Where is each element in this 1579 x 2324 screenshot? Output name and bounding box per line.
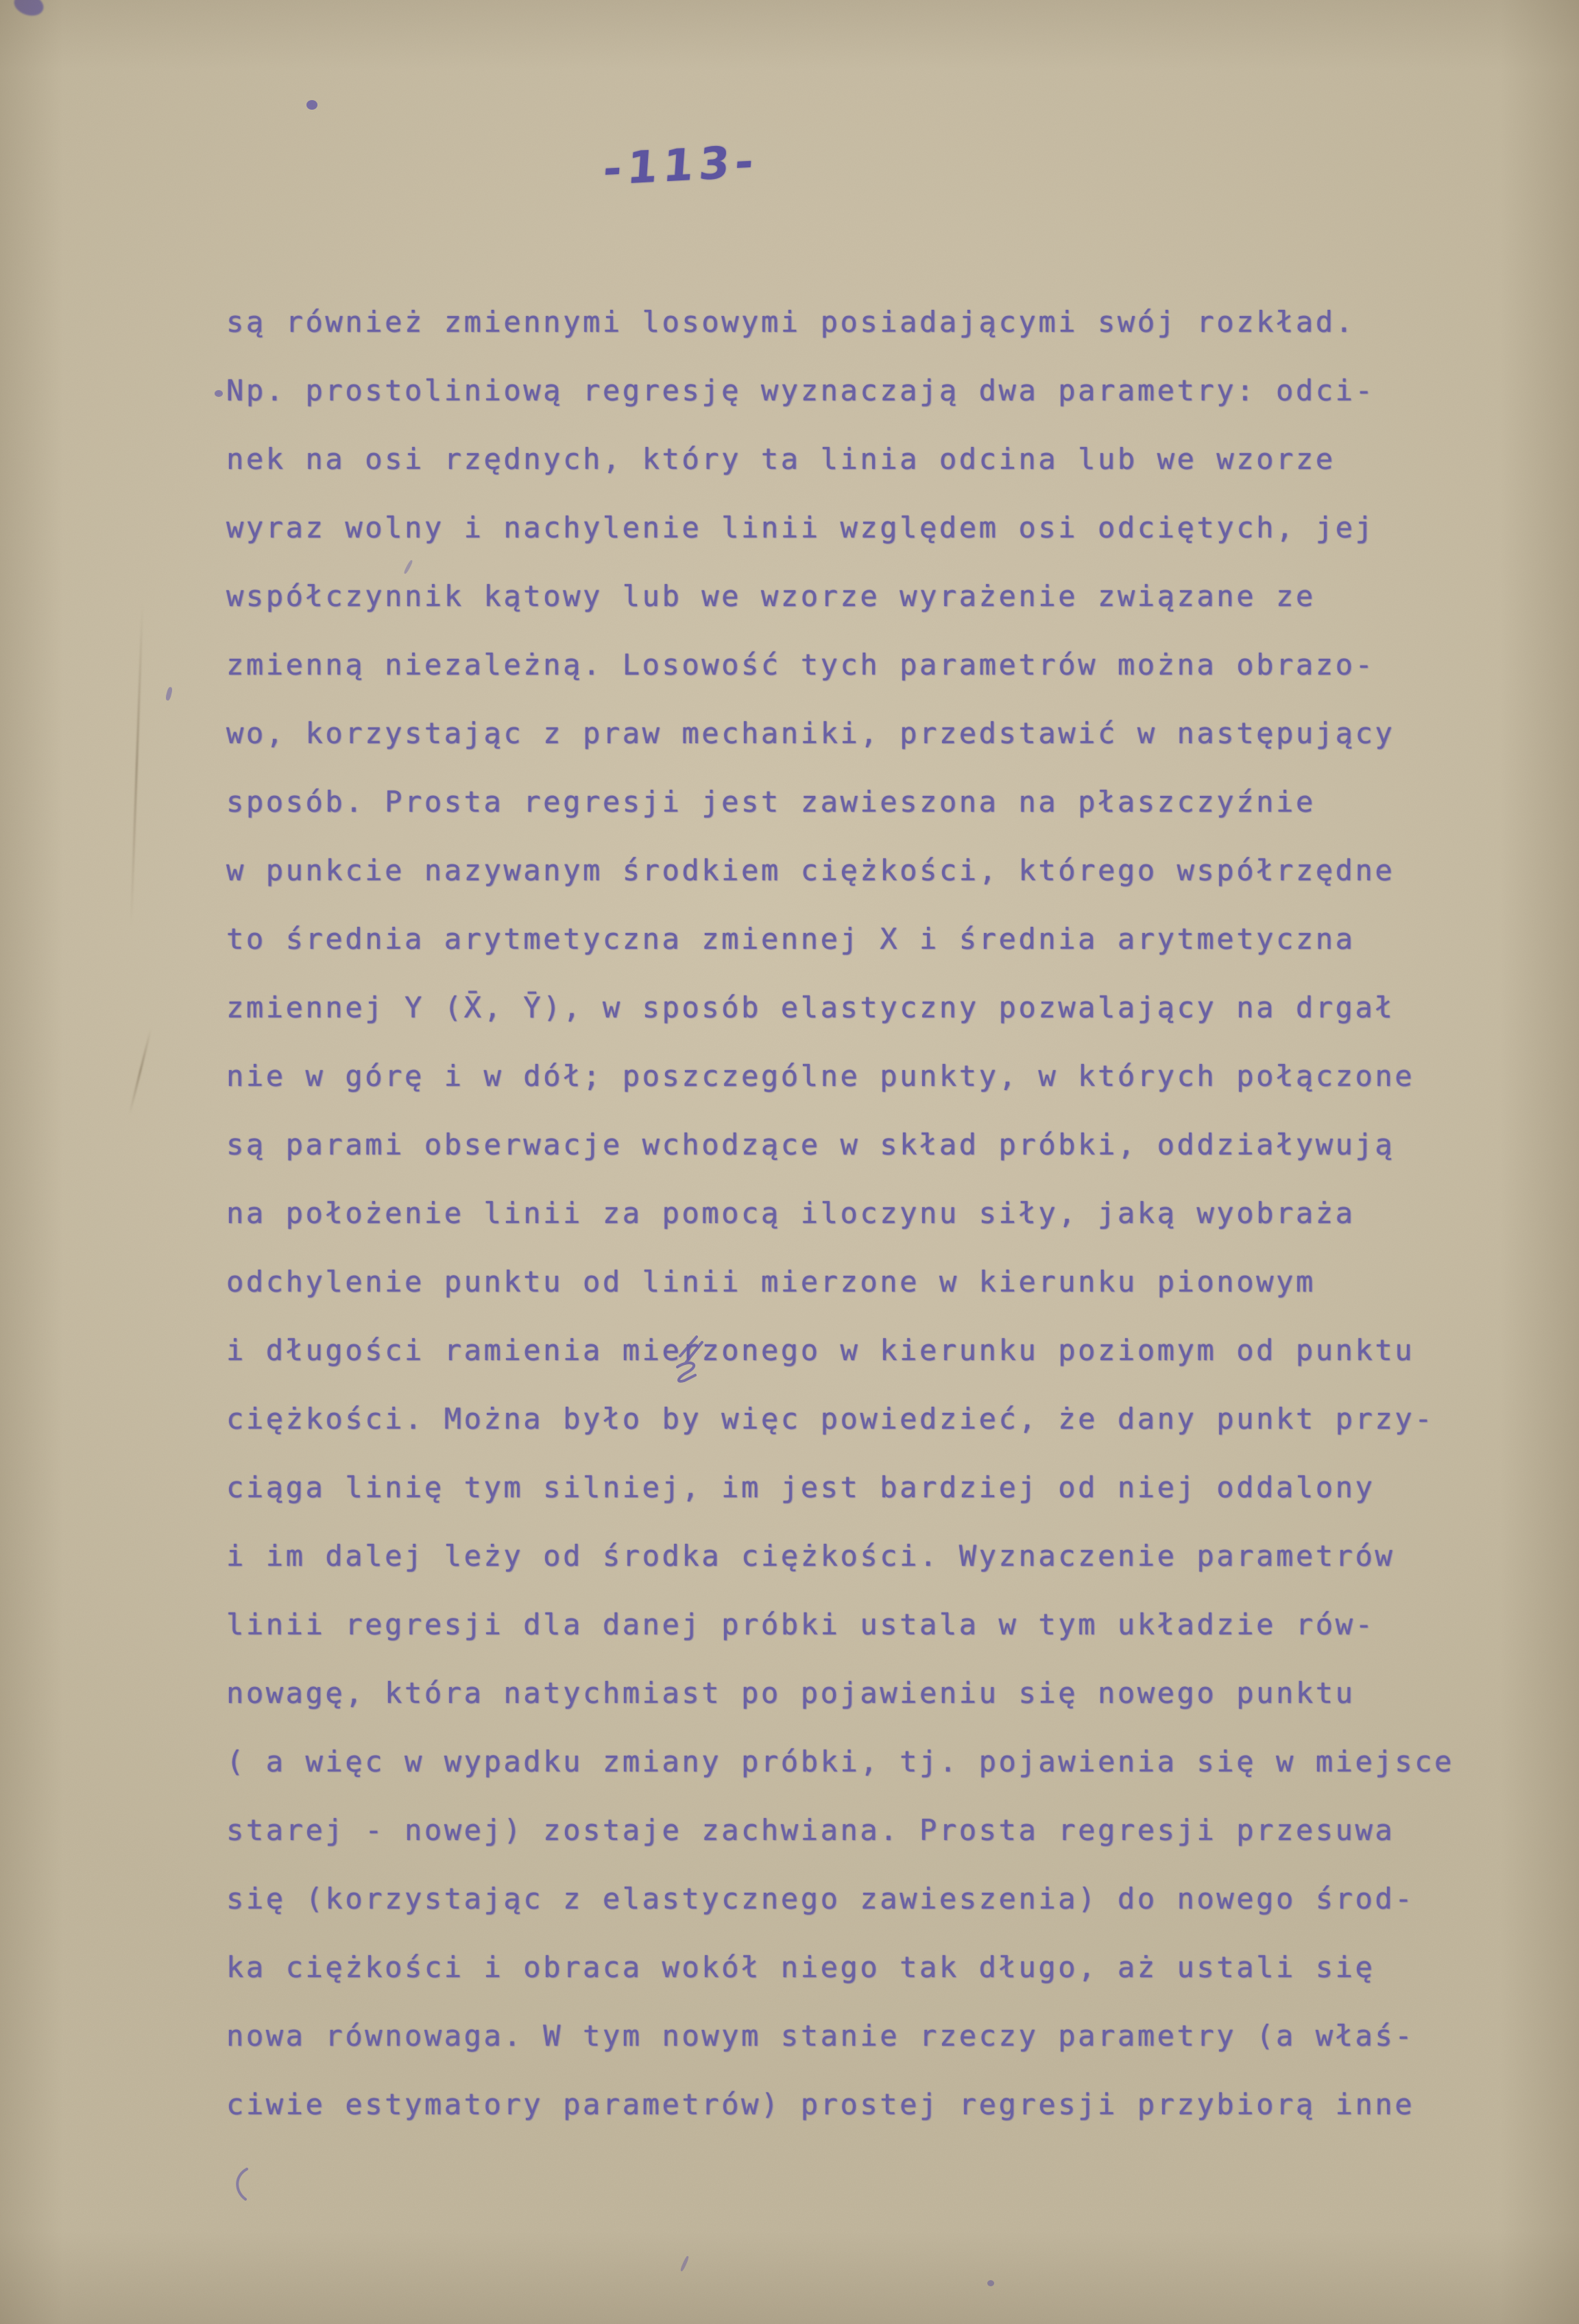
text-line: ( a więc w wypadku zmiany próbki, tj. po…	[226, 1728, 1467, 1796]
text-line: są parami obserwacje wchodzące w skład p…	[226, 1111, 1467, 1179]
text-line: nowa równowaga. W tym nowym stanie rzecz…	[226, 2002, 1467, 2070]
ink-speck	[11, 0, 46, 19]
text-line: ciwie estymatory parametrów) prostej reg…	[226, 2070, 1467, 2139]
text-line: się (korzystając z elastycznego zawiesze…	[226, 1865, 1467, 1933]
text-line: współczynnik kątowy lub we wzorze wyraże…	[226, 562, 1467, 631]
text-line: nie w górę i w dół; poszczególne punkty,…	[226, 1042, 1467, 1111]
handwritten-correction-mark	[666, 1331, 714, 1400]
page-number: -113-	[602, 136, 761, 195]
text-line: są również zmiennymi losowymi posiadając…	[226, 288, 1467, 356]
text-line: sposób. Prosta regresji jest zawieszona …	[226, 768, 1467, 836]
text-line: nek na osi rzędnych, który ta linia odci…	[226, 425, 1467, 494]
ink-speck	[306, 100, 317, 110]
text-line: starej - nowej) zostaje zachwiana. Prost…	[226, 1796, 1467, 1865]
text-line: to średnia arytmetyczna zmiennej X i śre…	[226, 905, 1467, 973]
ink-speck	[987, 2280, 994, 2286]
text-line: wyraz wolny i nachylenie linii względem …	[226, 494, 1467, 562]
text-line: odchylenie punktu od linii mierzone w ki…	[226, 1248, 1467, 1316]
ink-speck	[215, 390, 223, 397]
text-line: ka ciężkości i obraca wokół niego tak dł…	[226, 1933, 1467, 2002]
text-line: ciężkości. Można było by więc powiedzieć…	[226, 1385, 1467, 1453]
text-line: linii regresji dla danej próbki ustala w…	[226, 1590, 1467, 1659]
stray-paren-ink-mark	[229, 2166, 252, 2202]
text-line: nowagę, która natychmiast po pojawieniu …	[226, 1659, 1467, 1728]
text-line: wo, korzystając z praw mechaniki, przeds…	[226, 699, 1467, 768]
text-line: zmiennej Y (X̄, Ȳ), w sposób elastyczny…	[226, 973, 1467, 1042]
text-line: ciąga linię tym silniej, im jest bardzie…	[226, 1453, 1467, 1522]
scanned-page: -113- są również zmiennymi losowymi posi…	[0, 0, 1579, 2324]
text-line: na położenie linii za pomocą iloczynu si…	[226, 1179, 1467, 1248]
typewritten-text-block: są również zmiennymi losowymi posiadając…	[226, 288, 1467, 2139]
text-line: Np. prostoliniową regresję wyznaczają dw…	[226, 356, 1467, 425]
ink-speck	[165, 686, 173, 701]
text-line: zmienną niezależną. Losowość tych parame…	[226, 631, 1467, 699]
text-line: i im dalej leży od środka ciężkości. Wyz…	[226, 1522, 1467, 1590]
text-line: i długości ramienia mierzonego w kierunk…	[226, 1316, 1467, 1385]
paper-crease	[130, 603, 143, 925]
text-line: w punkcie nazywanym środkiem ciężkości, …	[226, 836, 1467, 905]
paper-crease	[128, 1028, 152, 1115]
ink-speck	[679, 2255, 689, 2272]
